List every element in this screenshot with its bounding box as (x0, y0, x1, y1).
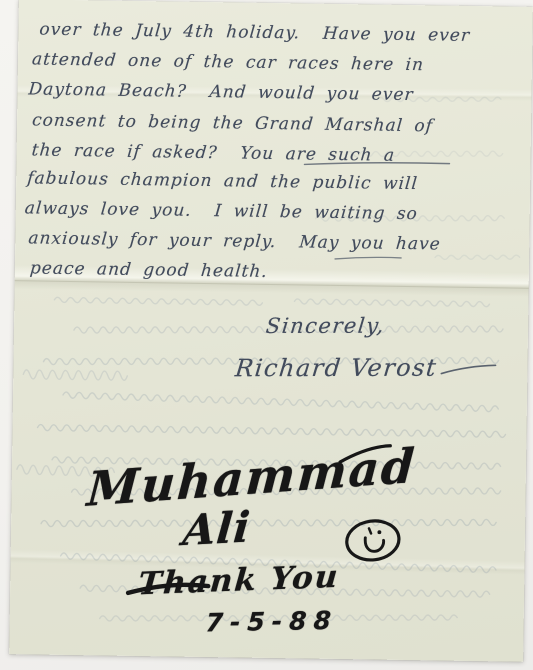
letter-line: the race if asked? You are such a (31, 142, 396, 164)
bleed-through-squiggle (63, 392, 498, 412)
bleed-through-squiggle (54, 297, 262, 305)
autograph-ali: Ali (181, 502, 253, 555)
autograph-thank-you: Thank You (137, 559, 341, 603)
letter-line: attended one of the car races here in (31, 51, 424, 74)
autograph-date: 7-5-88 (205, 606, 339, 638)
underline-stroke-may-you (335, 257, 401, 260)
bleed-through-squiggle (435, 255, 520, 259)
letter-line: Daytona Beach? And would you ever (28, 81, 414, 104)
bleed-through-squiggle (23, 370, 127, 381)
letter-line: always love you. I will be waiting so (24, 200, 418, 223)
bleed-through-squiggle (41, 519, 496, 526)
letter-line: peace and good health. (29, 260, 268, 281)
photo-backdrop: over the July 4th holiday. Have you ever… (0, 0, 533, 670)
smiley-face-icon (341, 510, 407, 569)
letter-body: over the July 4th holiday. Have you ever… (19, 0, 533, 7)
closing-salutation: Sincerely, (265, 316, 386, 337)
letter-line: anxiously for your reply. May you have (28, 230, 442, 253)
signature-flourish (441, 365, 495, 375)
letter-paper: over the July 4th holiday. Have you ever… (9, 0, 533, 662)
bleed-through-squiggle (294, 299, 489, 307)
letter-line: over the July 4th holiday. Have you ever (39, 22, 471, 45)
letter-line: fabulous champion and the public will (27, 170, 419, 193)
letter-line: consent to being the Grand Marshal of (31, 112, 433, 135)
bleed-through-squiggle (37, 425, 505, 438)
closing-signature: Richard Verost (234, 356, 438, 380)
